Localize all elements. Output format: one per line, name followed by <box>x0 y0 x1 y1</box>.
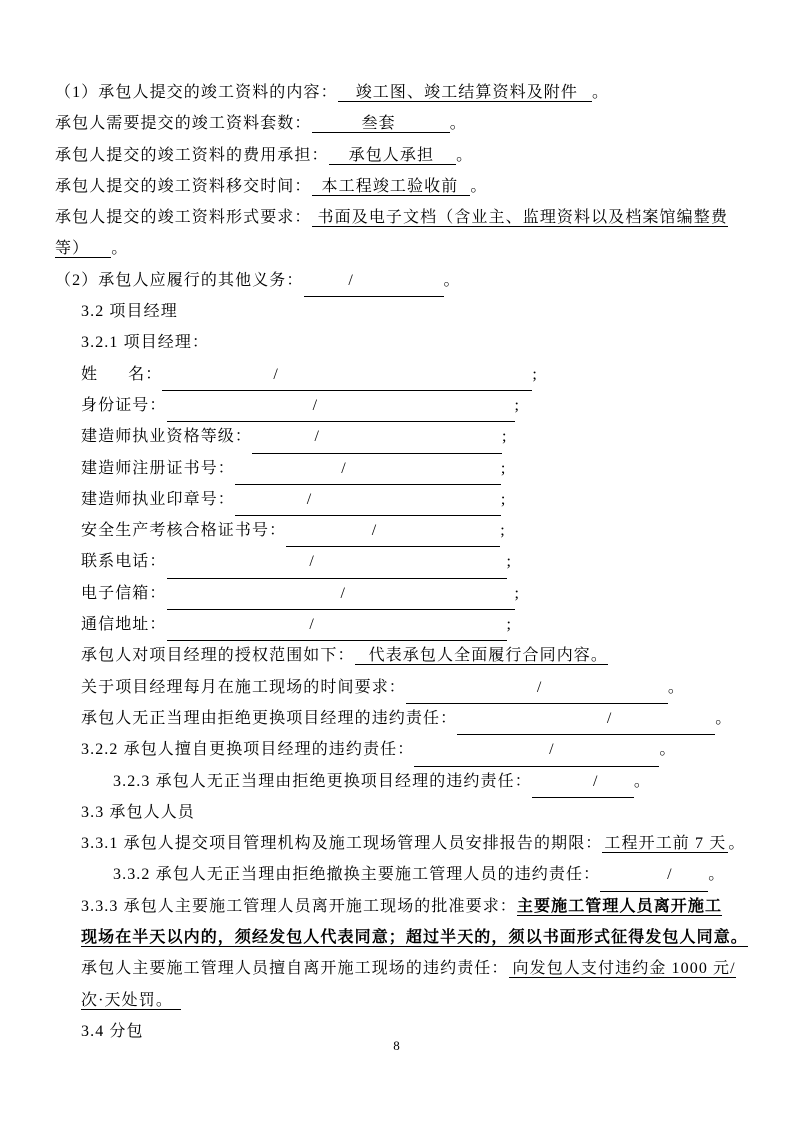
slash-placeholder: / <box>537 672 543 703</box>
document-line: 3.3 承包人人员 <box>55 797 740 828</box>
slash-placeholder: / <box>309 546 315 577</box>
slash-placeholder: / <box>273 359 279 390</box>
line-text: ; <box>515 397 521 414</box>
line-text: 。 <box>728 835 745 852</box>
document-line: 承包人无正当理由拒绝更换项目经理的违约责任：/。 <box>55 703 740 734</box>
blank-field: / <box>252 421 502 453</box>
line-text: 姓 <box>81 366 98 383</box>
blank-field: / <box>235 484 501 516</box>
blank-field: / <box>286 515 500 547</box>
line-text: ; <box>532 366 538 383</box>
document-line: 安全生产考核合格证书号：/; <box>55 515 740 546</box>
document-line: 姓名：/; <box>55 359 740 390</box>
line-text: 电子信箱： <box>81 585 167 602</box>
line-text: 3.3.1 承包人提交项目管理机构及施工现场管理人员安排报告的期限： <box>81 835 602 852</box>
document-line: 建造师注册证书号：/; <box>55 453 740 484</box>
blank-field: / <box>167 578 515 610</box>
blank-field: / <box>235 453 501 485</box>
slash-placeholder: / <box>372 515 378 546</box>
document-line: 3.3.2 承包人无正当理由拒绝撤换主要施工管理人员的违约责任：/。 <box>55 859 740 890</box>
filled-value: 本工程竣工验收前 <box>312 178 471 196</box>
document-line: 3.2 项目经理 <box>55 296 740 327</box>
document-line: 联系电话：/; <box>55 546 740 577</box>
line-text: ; <box>501 460 507 477</box>
slash-placeholder: / <box>593 766 599 797</box>
filled-value: 承包人承担 <box>329 147 457 165</box>
document-line: 承包人提交的竣工资料形式要求：书面及电子文档（含业主、监理资料以及档案馆编整费 <box>55 202 740 233</box>
blank-field: / <box>162 359 532 391</box>
line-text: 身份证号： <box>81 397 167 414</box>
line-text: 通信地址： <box>81 616 167 633</box>
filled-value: 代表承包人全面履行合同内容。 <box>355 647 608 665</box>
line-text: ; <box>515 585 521 602</box>
line-text: 。 <box>592 84 609 101</box>
document-line: 3.2.3 承包人无正当理由拒绝更换项目经理的违约责任：/。 <box>55 766 740 797</box>
line-text: ; <box>502 428 508 445</box>
line-text: 3.2.3 承包人无正当理由拒绝更换项目经理的违约责任： <box>113 773 532 790</box>
document-line: 身份证号：/; <box>55 390 740 421</box>
line-text: （2）承包人应履行的其他义务： <box>55 272 304 289</box>
document-line: 承包人提交的竣工资料的费用承担：承包人承担。 <box>55 140 740 171</box>
filled-value: 工程开工前 7 天 <box>602 835 728 853</box>
blank-field: / <box>304 265 444 297</box>
filled-value: 次·天处罚。 <box>81 992 181 1010</box>
blank-field: / <box>532 766 634 798</box>
line-text: 。 <box>456 147 473 164</box>
document-line: 承包人对项目经理的授权范围如下：代表承包人全面履行合同内容。 <box>55 640 740 671</box>
line-text: 承包人主要施工管理人员擅自离开施工现场的违约责任： <box>81 960 509 977</box>
line-text: 承包人无正当理由拒绝更换项目经理的违约责任： <box>81 710 457 727</box>
line-text: ; <box>507 553 513 570</box>
slash-placeholder: / <box>549 734 555 765</box>
line-text: ; <box>500 522 506 539</box>
blank-field: / <box>457 703 715 735</box>
document-line: 等）。 <box>55 233 740 264</box>
line-text: 3.2 项目经理 <box>81 303 178 320</box>
line-text: 3.3.2 承包人无正当理由拒绝撤换主要施工管理人员的违约责任： <box>113 866 600 883</box>
filled-value: 现场在半天以内的，须经发包人代表同意；超过半天的，须以书面形式征得发包人同意。 <box>81 929 748 947</box>
line-text: 关于项目经理每月在施工现场的时间要求： <box>81 679 406 696</box>
filled-value: 书面及电子文档（含业主、监理资料以及档案馆编整费 <box>312 209 728 227</box>
filled-value: 叁套 <box>312 115 450 133</box>
blank-field: / <box>167 390 515 422</box>
blank-field: / <box>600 859 708 891</box>
document-page: （1）承包人提交的竣工资料的内容：竣工图、竣工结算资料及附件。承包人需要提交的竣… <box>0 0 793 1122</box>
line-text: 联系电话： <box>81 553 167 570</box>
line-text: （1）承包人提交的竣工资料的内容： <box>55 84 338 101</box>
line-text: 承包人需要提交的竣工资料套数： <box>55 115 312 132</box>
line-text: 。 <box>444 272 461 289</box>
document-line: 建造师执业资格等级：/; <box>55 421 740 452</box>
page-number: 8 <box>0 1038 793 1054</box>
line-text: 。 <box>659 741 676 758</box>
line-text: 。 <box>715 710 732 727</box>
blank-field: / <box>167 546 507 578</box>
filled-value: 主要施工管理人员离开施工 <box>517 898 722 916</box>
document-body: （1）承包人提交的竣工资料的内容：竣工图、竣工结算资料及附件。承包人需要提交的竣… <box>55 77 740 1047</box>
line-text: 承包人提交的竣工资料移交时间： <box>55 178 312 195</box>
slash-placeholder: / <box>313 390 319 421</box>
line-text: 建造师注册证书号： <box>81 460 235 477</box>
document-line: 3.3.1 承包人提交项目管理机构及施工现场管理人员安排报告的期限：工程开工前 … <box>55 828 740 859</box>
document-line: 现场在半天以内的，须经发包人代表同意；超过半天的，须以书面形式征得发包人同意。 <box>55 922 740 953</box>
slash-placeholder: / <box>667 859 673 890</box>
slash-placeholder: / <box>341 453 347 484</box>
blank-field: / <box>167 609 507 641</box>
document-line: 通信地址：/; <box>55 609 740 640</box>
line-text: 3.3 承包人人员 <box>81 804 195 821</box>
line-text: ; <box>501 491 507 508</box>
line-text: 承包人提交的竣工资料的费用承担： <box>55 147 329 164</box>
line-text: 承包人提交的竣工资料形式要求： <box>55 209 312 226</box>
blank-field: / <box>406 672 668 704</box>
document-line: （1）承包人提交的竣工资料的内容：竣工图、竣工结算资料及附件。 <box>55 77 740 108</box>
slash-placeholder: / <box>341 578 347 609</box>
line-text: 3.3.3 承包人主要施工管理人员离开施工现场的批准要求： <box>81 898 517 915</box>
line-text: 。 <box>634 773 651 790</box>
line-text: 3.2.1 项目经理： <box>81 334 209 351</box>
document-line: 3.2.1 项目经理： <box>55 327 740 358</box>
line-text: ; <box>507 616 513 633</box>
line-text: 。 <box>111 240 128 257</box>
document-line: 承包人需要提交的竣工资料套数：叁套。 <box>55 108 740 139</box>
line-text: 3.2.2 承包人擅自更换项目经理的违约责任： <box>81 741 414 758</box>
slash-placeholder: / <box>348 265 354 296</box>
document-line: 3.2.2 承包人擅自更换项目经理的违约责任：/。 <box>55 734 740 765</box>
line-text: 。 <box>470 178 487 195</box>
document-line: 次·天处罚。 <box>55 985 740 1016</box>
blank-field: / <box>414 734 659 766</box>
document-line: 建造师执业印章号：/; <box>55 484 740 515</box>
filled-value: 向发包人支付违约金 1000 元/ <box>509 960 736 978</box>
document-line: 承包人主要施工管理人员擅自离开施工现场的违约责任：向发包人支付违约金 1000 … <box>55 953 740 984</box>
filled-value: 等） <box>55 240 111 258</box>
document-line: （2）承包人应履行的其他义务：/。 <box>55 265 740 296</box>
line-text: 。 <box>708 866 725 883</box>
document-line: 电子信箱：/; <box>55 578 740 609</box>
document-line: 承包人提交的竣工资料移交时间：本工程竣工验收前。 <box>55 171 740 202</box>
line-text: 。 <box>668 679 685 696</box>
document-line: 关于项目经理每月在施工现场的时间要求：/。 <box>55 672 740 703</box>
document-line: 3.3.3 承包人主要施工管理人员离开施工现场的批准要求：主要施工管理人员离开施… <box>55 891 740 922</box>
line-text: 安全生产考核合格证书号： <box>81 522 286 539</box>
slash-placeholder: / <box>309 609 315 640</box>
slash-placeholder: / <box>607 703 613 734</box>
slash-placeholder: / <box>315 421 321 452</box>
line-text: 名： <box>128 366 162 383</box>
line-text: 。 <box>450 115 467 132</box>
line-text: 建造师执业印章号： <box>81 491 235 508</box>
slash-placeholder: / <box>307 484 313 515</box>
line-text: 建造师执业资格等级： <box>81 428 252 445</box>
line-text: 承包人对项目经理的授权范围如下： <box>81 647 355 664</box>
filled-value: 竣工图、竣工结算资料及附件 <box>338 84 592 102</box>
